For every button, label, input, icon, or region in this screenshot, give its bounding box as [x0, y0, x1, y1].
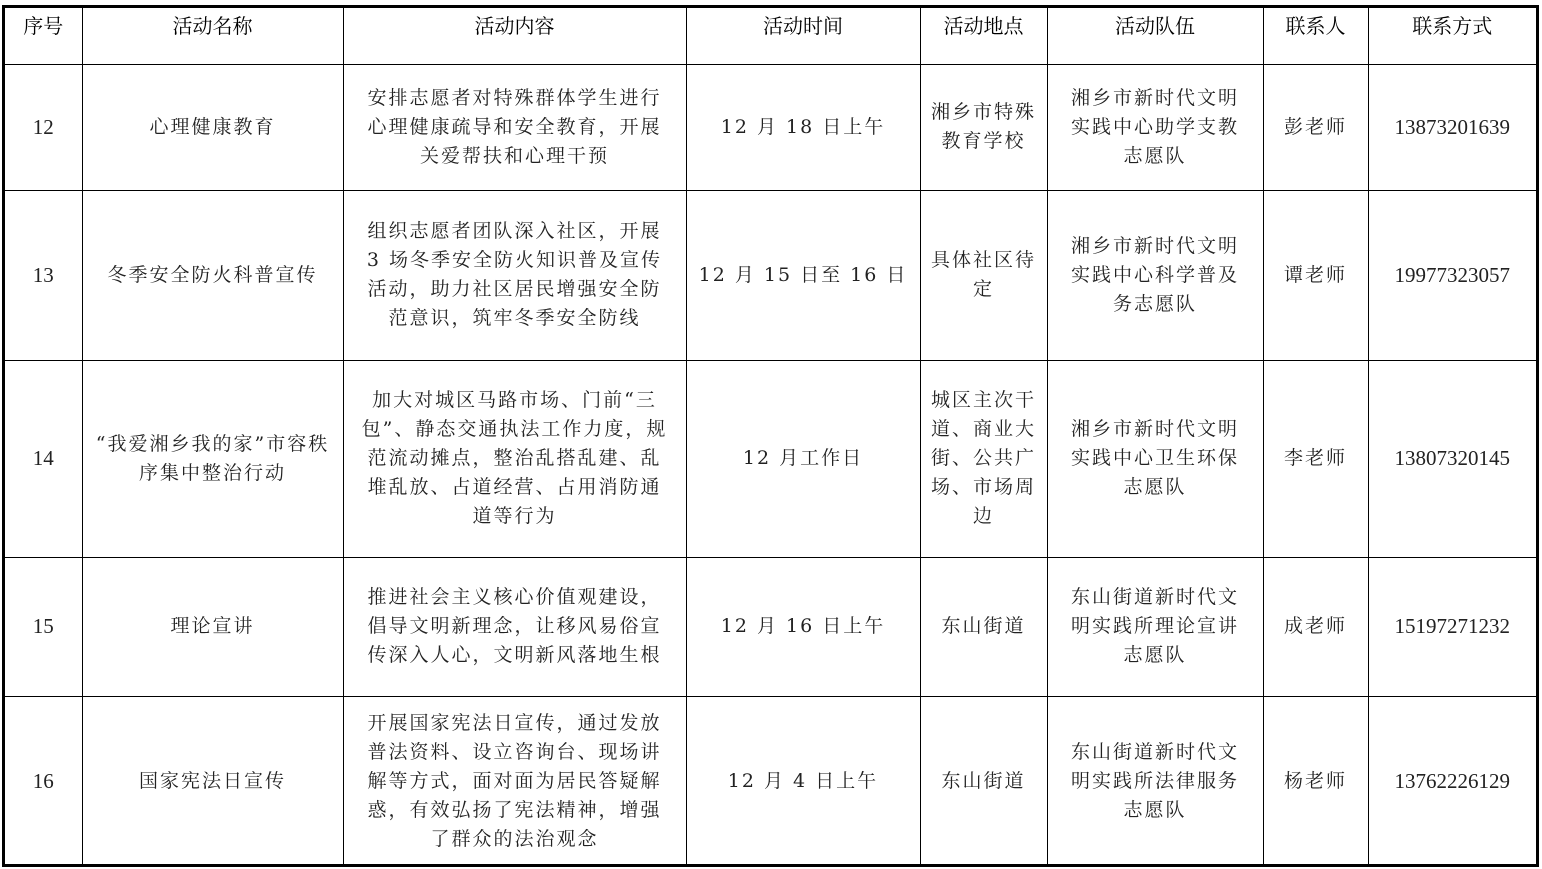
header-activity-location: 活动地点 [920, 8, 1047, 64]
contact-phone: 15197271232 [1368, 557, 1536, 696]
table-row: 14 “我爱湘乡我的家”市容秩序集中整治行动 加大对城区马路市场、门前“三包”、… [5, 360, 1536, 557]
activity-name: 冬季安全防火科普宣传 [82, 190, 343, 360]
contact-person: 谭老师 [1263, 190, 1368, 360]
activity-table: 序号 活动名称 活动内容 活动时间 活动地点 活动队伍 联系人 联系方式 12 … [5, 8, 1536, 866]
header-activity-name: 活动名称 [82, 8, 343, 64]
activity-location: 湘乡市特殊教育学校 [920, 64, 1047, 190]
activity-team: 东山街道新时代文明实践所理论宣讲志愿队 [1047, 557, 1263, 696]
table-row: 15 理论宣讲 推进社会主义核心价值观建设，倡导文明新理念，让移风易俗宣传深入人… [5, 557, 1536, 696]
activity-team: 湘乡市新时代文明实践中心助学支教志愿队 [1047, 64, 1263, 190]
activity-team: 东山街道新时代文明实践所法律服务志愿队 [1047, 696, 1263, 866]
header-activity-content: 活动内容 [343, 8, 686, 64]
activity-name: 心理健康教育 [82, 64, 343, 190]
activity-location: 城区主次干道、商业大街、公共广场、市场周边 [920, 360, 1047, 557]
activity-content: 安排志愿者对特殊群体学生进行心理健康疏导和安全教育，开展关爱帮扶和心理干预 [343, 64, 686, 190]
contact-phone: 19977323057 [1368, 190, 1536, 360]
activity-name: 国家宪法日宣传 [82, 696, 343, 866]
activity-location: 东山街道 [920, 557, 1047, 696]
contact-person: 李老师 [1263, 360, 1368, 557]
header-activity-team: 活动队伍 [1047, 8, 1263, 64]
activity-location: 东山街道 [920, 696, 1047, 866]
header-contact-phone: 联系方式 [1368, 8, 1536, 64]
activity-time: 12 月 4 日上午 [686, 696, 920, 866]
header-activity-time: 活动时间 [686, 8, 920, 64]
activity-time: 12 月 16 日上午 [686, 557, 920, 696]
activity-time: 12 月工作日 [686, 360, 920, 557]
contact-person: 彭老师 [1263, 64, 1368, 190]
row-index: 16 [5, 696, 82, 866]
row-index: 14 [5, 360, 82, 557]
contact-phone: 13762226129 [1368, 696, 1536, 866]
activity-location: 具体社区待定 [920, 190, 1047, 360]
header-index: 序号 [5, 8, 82, 64]
activity-table-container: 序号 活动名称 活动内容 活动时间 活动地点 活动队伍 联系人 联系方式 12 … [2, 5, 1539, 867]
activity-team: 湘乡市新时代文明实践中心卫生环保志愿队 [1047, 360, 1263, 557]
row-index: 12 [5, 64, 82, 190]
table-row: 12 心理健康教育 安排志愿者对特殊群体学生进行心理健康疏导和安全教育，开展关爱… [5, 64, 1536, 190]
contact-phone: 13807320145 [1368, 360, 1536, 557]
row-index: 15 [5, 557, 82, 696]
activity-content: 推进社会主义核心价值观建设，倡导文明新理念，让移风易俗宣传深入人心，文明新风落地… [343, 557, 686, 696]
contact-person: 成老师 [1263, 557, 1368, 696]
header-contact-person: 联系人 [1263, 8, 1368, 64]
table-row: 16 国家宪法日宣传 开展国家宪法日宣传，通过发放普法资料、设立咨询台、现场讲解… [5, 696, 1536, 866]
activity-name: “我爱湘乡我的家”市容秩序集中整治行动 [82, 360, 343, 557]
activity-content: 开展国家宪法日宣传，通过发放普法资料、设立咨询台、现场讲解等方式，面对面为居民答… [343, 696, 686, 866]
activity-team: 湘乡市新时代文明实践中心科学普及务志愿队 [1047, 190, 1263, 360]
table-row: 13 冬季安全防火科普宣传 组织志愿者团队深入社区，开展 3 场冬季安全防火知识… [5, 190, 1536, 360]
activity-time: 12 月 15 日至 16 日 [686, 190, 920, 360]
row-index: 13 [5, 190, 82, 360]
activity-time: 12 月 18 日上午 [686, 64, 920, 190]
header-row: 序号 活动名称 活动内容 活动时间 活动地点 活动队伍 联系人 联系方式 [5, 8, 1536, 64]
activity-content: 组织志愿者团队深入社区，开展 3 场冬季安全防火知识普及宣传活动，助力社区居民增… [343, 190, 686, 360]
contact-phone: 13873201639 [1368, 64, 1536, 190]
activity-name: 理论宣讲 [82, 557, 343, 696]
contact-person: 杨老师 [1263, 696, 1368, 866]
activity-content: 加大对城区马路市场、门前“三包”、静态交通执法工作力度，规范流动摊点，整治乱搭乱… [343, 360, 686, 557]
